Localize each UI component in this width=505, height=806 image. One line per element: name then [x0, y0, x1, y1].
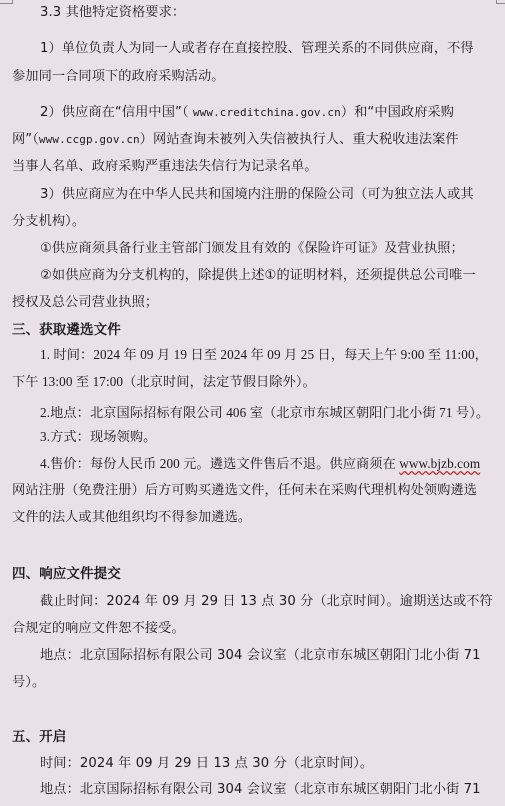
section-3-heading: 三、获取遴选文件 — [12, 321, 121, 339]
section-4-deadline-line1: 截止时间：2024 年 09 月 29 日 13 点 30 分（北京时间）。逾期… — [40, 593, 493, 611]
item2-line2-text-a: 网”（ — [12, 132, 39, 147]
section-4-heading: 四、响应文件提交 — [12, 565, 121, 583]
section-3-time-line2: 下午 13:00 至 17:00（北京时间，法定节假日除外）。 — [12, 373, 316, 391]
item2-line1-text-a: 2）供应商在“信用中国”（ — [40, 105, 193, 120]
section-4-deadline-line2: 合规定的响应文件恕不接受。 — [12, 620, 185, 638]
bjzb-url[interactable]: www.bjzb.com — [399, 456, 480, 471]
creditchina-url[interactable]: www.creditchina.gov.cn — [193, 106, 341, 119]
item2-line2: 网”（www.ccgp.gov.cn）网站查询未被列入失信被执行人、重大税收违法… — [12, 131, 459, 149]
section-3-method: 3.方式：现场领购。 — [40, 428, 156, 446]
section-3-price-line2: 网站注册（免费注册）后方可购买遴选文件，任何未在采购代理机构处领购遴选 — [12, 482, 477, 500]
page-corner-mark-left — [0, 0, 13, 4]
section-3-3-title: 3.3 其他特定资格要求： — [40, 4, 185, 22]
document-page: 3.3 其他特定资格要求： 1）单位负责人为同一人或者存在直接控股、管理关系的不… — [0, 0, 505, 806]
section-3-location: 2.地点：北京国际招标有限公司 406 室（北京市东城区朝阳门北小街 71 号）… — [40, 404, 489, 422]
page-corner-mark-right — [496, 0, 505, 4]
section-3-time-line1: 1. 时间：2024 年 09 月 19 日至 2024 年 09 月 25 日… — [40, 346, 488, 364]
section-3-price-line3: 文件的法人或其他组织均不得参加遴选。 — [12, 509, 251, 527]
item2-line3: 当事人名单、政府采购严重违法失信行为记录名单。 — [12, 158, 318, 176]
section-3-price-line1: 4.售价：每份人民币 200 元。遴选文件售后不退。供应商须在 www.bjzb… — [40, 455, 480, 473]
section-5-heading: 五、开启 — [12, 728, 66, 746]
item1-line1: 1）单位负责人为同一人或者存在直接控股、管理关系的不同供应商，不得 — [40, 40, 474, 58]
item3-sub1: ①供应商须具备行业主管部门颁发且有效的《保险许可证》及营业执照； — [40, 240, 464, 258]
item1-line2: 参加同一合同项下的政府采购活动。 — [12, 68, 225, 86]
item2-line1-text-b: ）和“中国政府采购 — [341, 105, 454, 120]
section-3-price-text: 4.售价：每份人民币 200 元。遴选文件售后不退。供应商须在 — [40, 456, 399, 471]
item2-line2-text-b: ）网站查询未被列入失信被执行人、重大税收违法案件 — [140, 132, 459, 147]
item3-line2: 分支机构）。 — [12, 213, 85, 231]
item3-line1: 3）供应商应为在中华人民共和国境内注册的保险公司（可为独立法人或其 — [40, 186, 474, 204]
item3-sub2-line1: ②如供应商为分支机构的，除提供上述①的证明材料，还须提供总公司唯一 — [40, 267, 476, 285]
item2-line1: 2）供应商在“信用中国”（ www.creditchina.gov.cn）和“中… — [40, 104, 454, 122]
section-5-time: 时间：2024 年 09 月 29 日 13 点 30 分（北京时间）。 — [40, 755, 373, 773]
section-4-location-line2: 号）。 — [12, 674, 45, 692]
ccgp-url[interactable]: www.ccgp.gov.cn — [39, 133, 140, 146]
item3-sub2-line2: 授权及总公司营业执照； — [12, 294, 158, 312]
section-4-location-line1: 地点：北京国际招标有限公司 304 会议室（北京市东城区朝阳门北小街 71 — [40, 647, 481, 665]
section-5-location-line1: 地点：北京国际招标有限公司 304 会议室（北京市东城区朝阳门北小街 71 — [40, 781, 481, 799]
